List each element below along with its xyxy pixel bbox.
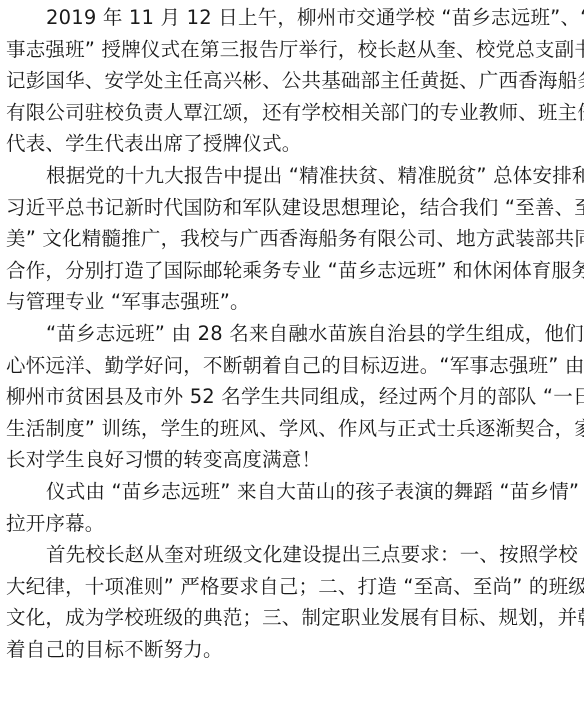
text-line: 合作，分别打造了国际邮轮乘务专业 “苗乡志远班” 和休闲体育服务 [6, 255, 584, 287]
text-line: 根据党的十九大报告中提出 “精准扶贫、精准脱贫” 总体安排和 [6, 160, 584, 192]
text-line: 有限公司驻校负责人覃江颂，还有学校相关部门的专业教师、班主任 [6, 97, 584, 129]
text-line: 习近平总书记新时代国防和军队建设思想理论，结合我们 “至善、至 [6, 192, 584, 224]
paragraph-opening-dance: 仪式由 “苗乡志远班” 来自大苗山的孩子表演的舞蹈 “苗乡情” 拉开序幕。 [6, 476, 584, 539]
text-line: 与管理专业 “军事志强班”。 [6, 286, 584, 318]
text-line: 记彭国华、安学处主任高兴彬、公共基础部主任黄挺、广西香海船务 [6, 65, 584, 97]
text-line: “苗乡志远班” 由 28 名来自融水苗族自治县的学生组成，他们 [6, 318, 584, 350]
paragraph-background: 根据党的十九大报告中提出 “精准扶贫、精准脱贫” 总体安排和 习近平总书记新时代… [6, 160, 584, 318]
paragraph-class-composition: “苗乡志远班” 由 28 名来自融水苗族自治县的学生组成，他们 心怀远洋、勤学好… [6, 318, 584, 476]
text-line: 事志强班” 授牌仪式在第三报告厅举行，校长赵从奎、校党总支副书 [6, 34, 584, 66]
text-line: 美” 文化精髓推广，我校与广西香海船务有限公司、地方武装部共同 [6, 223, 584, 255]
text-line: 首先校长赵从奎对班级文化建设提出三点要求：一、按照学校 “三 [6, 539, 584, 571]
text-line: 2019 年 11 月 12 日上午，柳州市交通学校 “苗乡志远班”、“军 [6, 2, 584, 34]
paragraph-principal-requirements: 首先校长赵从奎对班级文化建设提出三点要求：一、按照学校 “三 大纪律，十项准则”… [6, 539, 584, 665]
text-line: 仪式由 “苗乡志远班” 来自大苗山的孩子表演的舞蹈 “苗乡情” [6, 476, 584, 508]
text-line: 拉开序幕。 [6, 508, 584, 540]
text-line: 柳州市贫困县及市外 52 名学生共同组成，经过两个月的部队 “一日 [6, 381, 584, 413]
paragraph-ceremony-intro: 2019 年 11 月 12 日上午，柳州市交通学校 “苗乡志远班”、“军 事志… [6, 2, 584, 160]
text-line: 心怀远洋、勤学好问，不断朝着自己的目标迈进。“军事志强班” 由 [6, 350, 584, 382]
text-line: 长对学生良好习惯的转变高度满意！ [6, 444, 584, 476]
text-line: 着自己的目标不断努力。 [6, 634, 584, 666]
text-line: 大纪律，十项准则” 严格要求自己；二、打造 “至高、至尚” 的班级 [6, 571, 584, 603]
text-line: 代表、学生代表出席了授牌仪式。 [6, 128, 584, 160]
article-body: 2019 年 11 月 12 日上午，柳州市交通学校 “苗乡志远班”、“军 事志… [0, 0, 584, 665]
text-line: 生活制度” 训练，学生的班风、学风、作风与正式士兵逐渐契合，家 [6, 413, 584, 445]
text-line: 文化，成为学校班级的典范；三、制定职业发展有目标、规划，并朝 [6, 602, 584, 634]
